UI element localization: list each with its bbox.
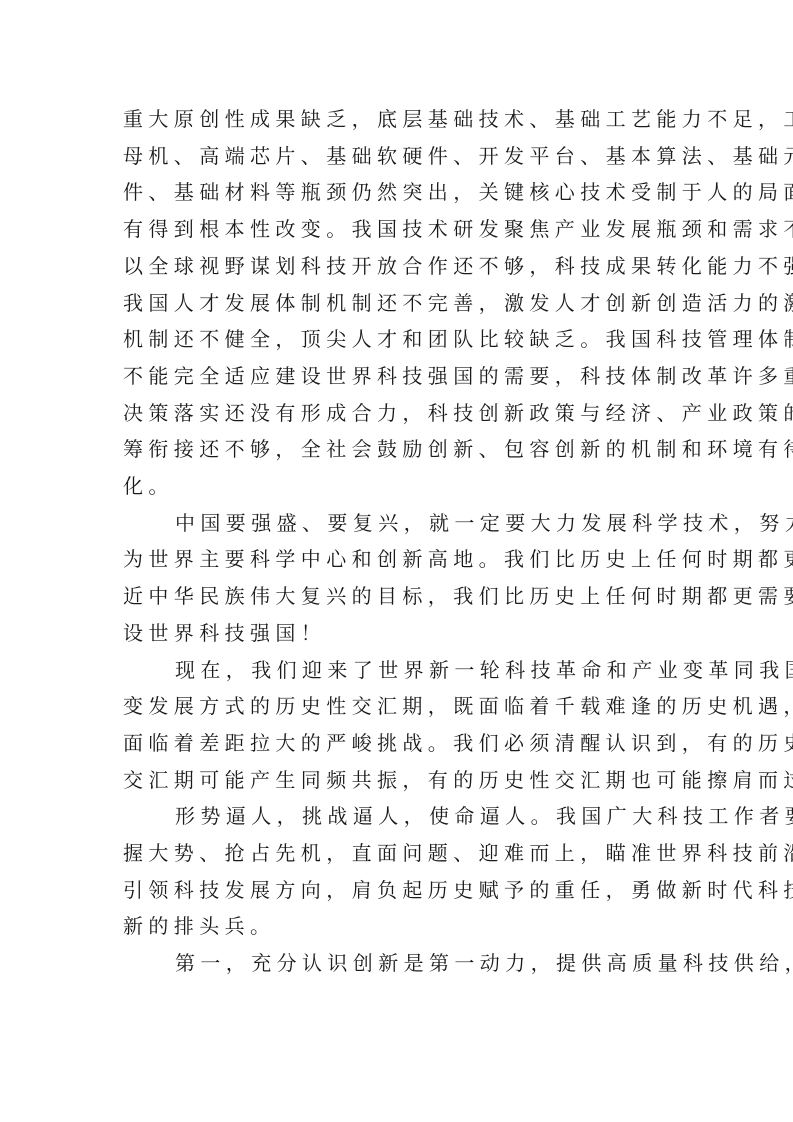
text-line: 件、基础材料等瓶颈仍然突出，关键核心技术受制于人的局面没 bbox=[123, 174, 671, 211]
text-line: 设世界科技强国！ bbox=[123, 615, 671, 652]
text-line: 为世界主要科学中心和创新高地。我们比历史上任何时期都更接 bbox=[123, 541, 671, 578]
text-line: 引领科技发展方向，肩负起历史赋予的重任，勇做新时代科技创 bbox=[123, 872, 671, 909]
text-line: 我国人才发展体制机制还不完善，激发人才创新创造活力的激励 bbox=[123, 285, 671, 322]
text-line: 中国要强盛、要复兴，就一定要大力发展科学技术，努力成 bbox=[123, 505, 671, 542]
text-line: 机制还不健全，顶尖人才和团队比较缺乏。我国科技管理体制还 bbox=[123, 321, 671, 358]
text-line: 有得到根本性改变。我国技术研发聚焦产业发展瓶颈和需求不够， bbox=[123, 211, 671, 248]
text-line: 交汇期可能产生同频共振，有的历史性交汇期也可能擦肩而过。 bbox=[123, 762, 671, 799]
text-line: 变发展方式的历史性交汇期，既面临着千载难逢的历史机遇，又 bbox=[123, 688, 671, 725]
text-line: 化。 bbox=[123, 468, 671, 505]
text-line: 母机、高端芯片、基础软硬件、开发平台、基本算法、基础元器 bbox=[123, 138, 671, 175]
text-line: 第一，充分认识创新是第一动力，提供高质量科技供给，着 bbox=[123, 945, 671, 982]
text-line: 重大原创性成果缺乏，底层基础技术、基础工艺能力不足，工业 bbox=[123, 101, 671, 138]
text-line: 筹衔接还不够，全社会鼓励创新、包容创新的机制和环境有待优 bbox=[123, 431, 671, 468]
text-line: 握大势、抢占先机，直面问题、迎难而上，瞄准世界科技前沿， bbox=[123, 835, 671, 872]
text-line: 现在，我们迎来了世界新一轮科技革命和产业变革同我国转 bbox=[123, 652, 671, 689]
text-line: 近中华民族伟大复兴的目标，我们比历史上任何时期都更需要建 bbox=[123, 578, 671, 615]
text-line: 面临着差距拉大的严峻挑战。我们必须清醒认识到，有的历史性 bbox=[123, 725, 671, 762]
text-line: 以全球视野谋划科技开放合作还不够，科技成果转化能力不强。 bbox=[123, 248, 671, 285]
text-line: 决策落实还没有形成合力，科技创新政策与经济、产业政策的统 bbox=[123, 395, 671, 432]
paragraph-4: 形势逼人，挑战逼人，使命逼人。我国广大科技工作者要把 握大势、抢占先机，直面问题… bbox=[123, 798, 671, 945]
paragraph-2: 中国要强盛、要复兴，就一定要大力发展科学技术，努力成 为世界主要科学中心和创新高… bbox=[123, 505, 671, 652]
text-line: 不能完全适应建设世界科技强国的需要，科技体制改革许多重大 bbox=[123, 358, 671, 395]
paragraph-3: 现在，我们迎来了世界新一轮科技革命和产业变革同我国转 变发展方式的历史性交汇期，… bbox=[123, 652, 671, 799]
text-line: 形势逼人，挑战逼人，使命逼人。我国广大科技工作者要把 bbox=[123, 798, 671, 835]
document-page: 重大原创性成果缺乏，底层基础技术、基础工艺能力不足，工业 母机、高端芯片、基础软… bbox=[123, 101, 671, 982]
paragraph-1: 重大原创性成果缺乏，底层基础技术、基础工艺能力不足，工业 母机、高端芯片、基础软… bbox=[123, 101, 671, 505]
text-line: 新的排头兵。 bbox=[123, 908, 671, 945]
paragraph-5: 第一，充分认识创新是第一动力，提供高质量科技供给，着 bbox=[123, 945, 671, 982]
